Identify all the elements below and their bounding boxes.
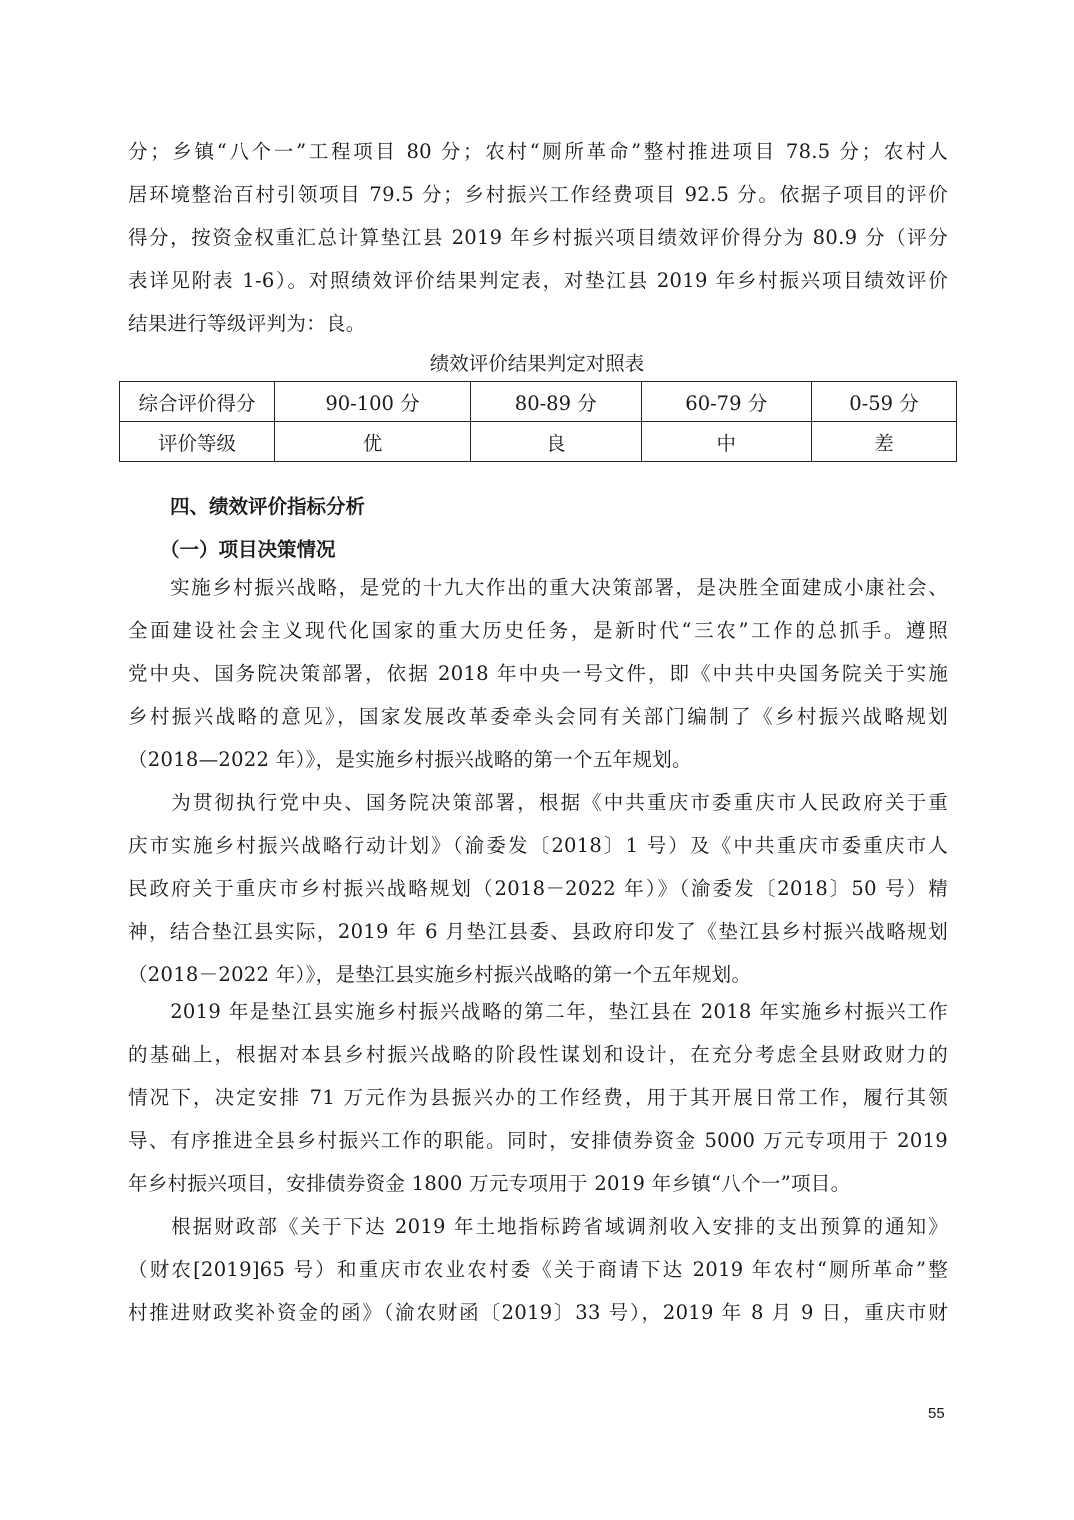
table-cell: 良 — [471, 422, 642, 462]
table-cell: 评价等级 — [120, 422, 275, 462]
text-line: 年乡村振兴项目，安排债券资金 1800 万元专项用于 2019 年乡镇“八个一”… — [128, 1172, 948, 1196]
table-cell: 差 — [812, 422, 957, 462]
table-cell: 60-79 分 — [641, 382, 812, 422]
text-line: 导、有序推进全县乡村振兴工作的职能。同时，安排债券资金 5000 万元专项用于 … — [128, 1129, 948, 1153]
table-row: 综合评价得分 90-100 分 80-89 分 60-79 分 0-59 分 — [120, 382, 957, 422]
table-caption: 绩效评价结果判定对照表 — [0, 348, 1074, 376]
text-line: 居环境整治百村引领项目 79.5 分；乡村振兴工作经费项目 92.5 分。依据子… — [128, 183, 948, 207]
subsection-heading: （一）项目决策情况 — [160, 534, 336, 562]
grade-table: 综合评价得分 90-100 分 80-89 分 60-79 分 0-59 分 评… — [119, 381, 957, 462]
text-line: 庆市实施乡村振兴战略行动计划》（渝委发〔2018〕1 号）及《中共重庆市委重庆市… — [128, 834, 948, 858]
text-line: 表详见附表 1-6）。对照绩效评价结果判定表，对垫江县 2019 年乡村振兴项目… — [128, 269, 948, 293]
text-line: 2019 年是垫江县实施乡村振兴战略的第二年，垫江县在 2018 年实施乡村振兴… — [128, 1000, 948, 1024]
table-cell: 优 — [275, 422, 471, 462]
text-line: 为贯彻执行党中央、国务院决策部署，根据《中共重庆市委重庆市人民政府关于重 — [128, 791, 948, 815]
table-cell: 90-100 分 — [275, 382, 471, 422]
text-line: 神，结合垫江县实际，2019 年 6 月垫江县委、县政府印发了《垫江县乡村振兴战… — [128, 920, 948, 944]
text-line: （2018－2022 年）》，是垫江县实施乡村振兴战略的第一个五年规划。 — [128, 963, 948, 987]
text-line: 乡村振兴战略的意见》，国家发展改革委牵头会同有关部门编制了《乡村振兴战略规划 — [128, 705, 948, 729]
text-line: 党中央、国务院决策部署，依据 2018 年中央一号文件，即《中共中央国务院关于实… — [128, 662, 948, 686]
table-cell: 中 — [641, 422, 812, 462]
page-number: 55 — [928, 1405, 945, 1422]
table-row: 评价等级 优 良 中 差 — [120, 422, 957, 462]
table-cell: 80-89 分 — [471, 382, 642, 422]
text-line: 的基础上，根据对本县乡村振兴战略的阶段性谋划和设计，在充分考虑全县财政财力的 — [128, 1043, 948, 1067]
text-line: （2018—2022 年）》，是实施乡村振兴战略的第一个五年规划。 — [128, 748, 948, 772]
text-line: 情况下，决定安排 71 万元作为县振兴办的工作经费，用于其开展日常工作，履行其领 — [128, 1086, 948, 1110]
text-line: 全面建设社会主义现代化国家的重大历史任务，是新时代“三农”工作的总抓手。遵照 — [128, 619, 948, 643]
text-line: 得分，按资金权重汇总计算垫江县 2019 年乡村振兴项目绩效评价得分为 80.9… — [128, 226, 948, 250]
table-cell: 0-59 分 — [812, 382, 957, 422]
text-line: 村推进财政奖补资金的函》（渝农财函〔2019〕33 号），2019 年 8 月 … — [128, 1301, 948, 1325]
text-line: （财农[2019]65 号）和重庆市农业农村委《关于商请下达 2019 年农村“… — [128, 1258, 948, 1282]
text-line: 分；乡镇“八个一”工程项目 80 分；农村“厕所革命”整村推进项目 78.5 分… — [128, 140, 948, 164]
text-line: 根据财政部《关于下达 2019 年土地指标跨省域调剂收入安排的支出预算的通知》 — [128, 1215, 948, 1239]
text-line: 民政府关于重庆市乡村振兴战略规划（2018－2022 年）》（渝委发〔2018〕… — [128, 877, 948, 901]
text-line: 结果进行等级评判为：良。 — [128, 312, 948, 336]
table-cell: 综合评价得分 — [120, 382, 275, 422]
text-line: 实施乡村振兴战略，是党的十九大作出的重大决策部署，是决胜全面建成小康社会、 — [128, 576, 948, 600]
section-heading: 四、绩效评价指标分析 — [170, 491, 365, 519]
